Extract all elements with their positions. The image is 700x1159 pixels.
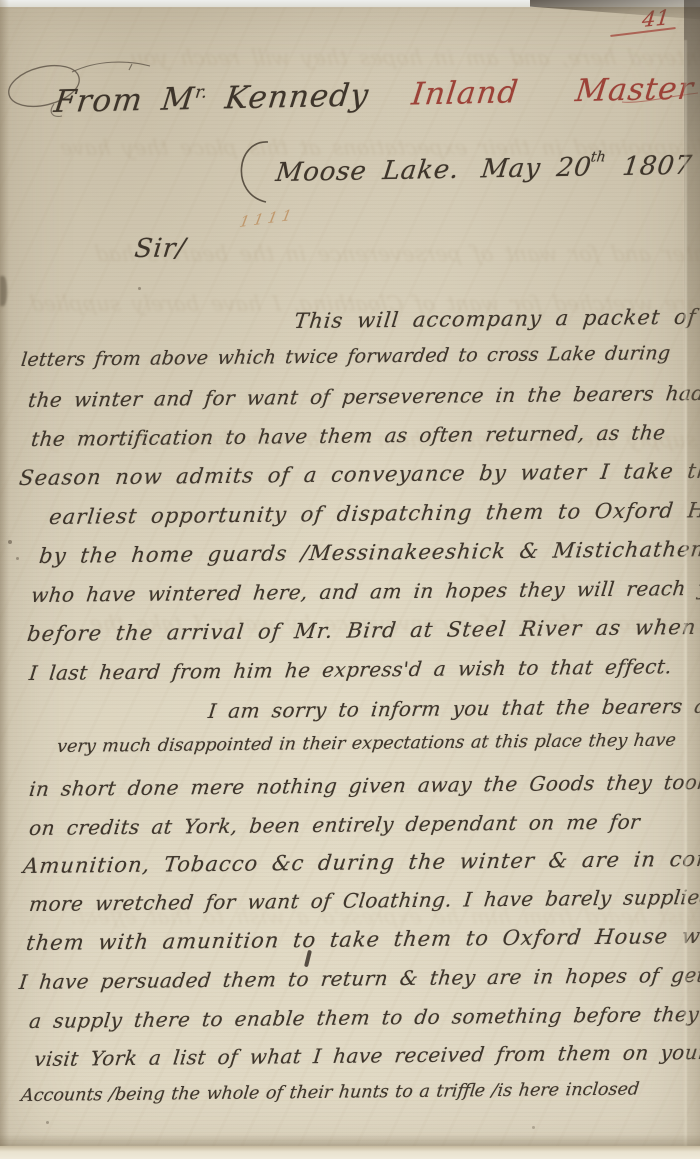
heading-from-prefix: From M (52, 81, 197, 120)
dateline-month-day: May 20 (479, 153, 593, 185)
heading-from-name: Kennedy (223, 77, 371, 116)
dateline-place: Moose Lake. (274, 155, 461, 188)
body-line: I am sorry to inform you that the bearer… (207, 694, 700, 723)
ink-spot (532, 1126, 535, 1129)
superscript-r: r. (194, 83, 208, 103)
page-left-edge (0, 0, 9, 1159)
ink-spot (138, 287, 141, 290)
ink-spot (46, 1121, 49, 1124)
ink-spot (16, 557, 19, 560)
salutation: Sir/ (133, 233, 188, 264)
underlying-page-edge (0, 1146, 700, 1159)
dateline-day-suffix: th (590, 150, 607, 166)
heading-inland-label: Inland (410, 74, 521, 112)
page-right-crease (684, 40, 687, 1149)
page-bottom-shadow (0, 1134, 700, 1146)
dateline-swash (228, 136, 272, 208)
manuscript-photo: who have wintered here, and am in hopes … (0, 0, 700, 1159)
body-line: This will accompany a packet of (293, 305, 698, 333)
bleedthrough-line: who have wintered here, and am in hopes … (129, 46, 700, 70)
page-left-notch (0, 276, 7, 306)
